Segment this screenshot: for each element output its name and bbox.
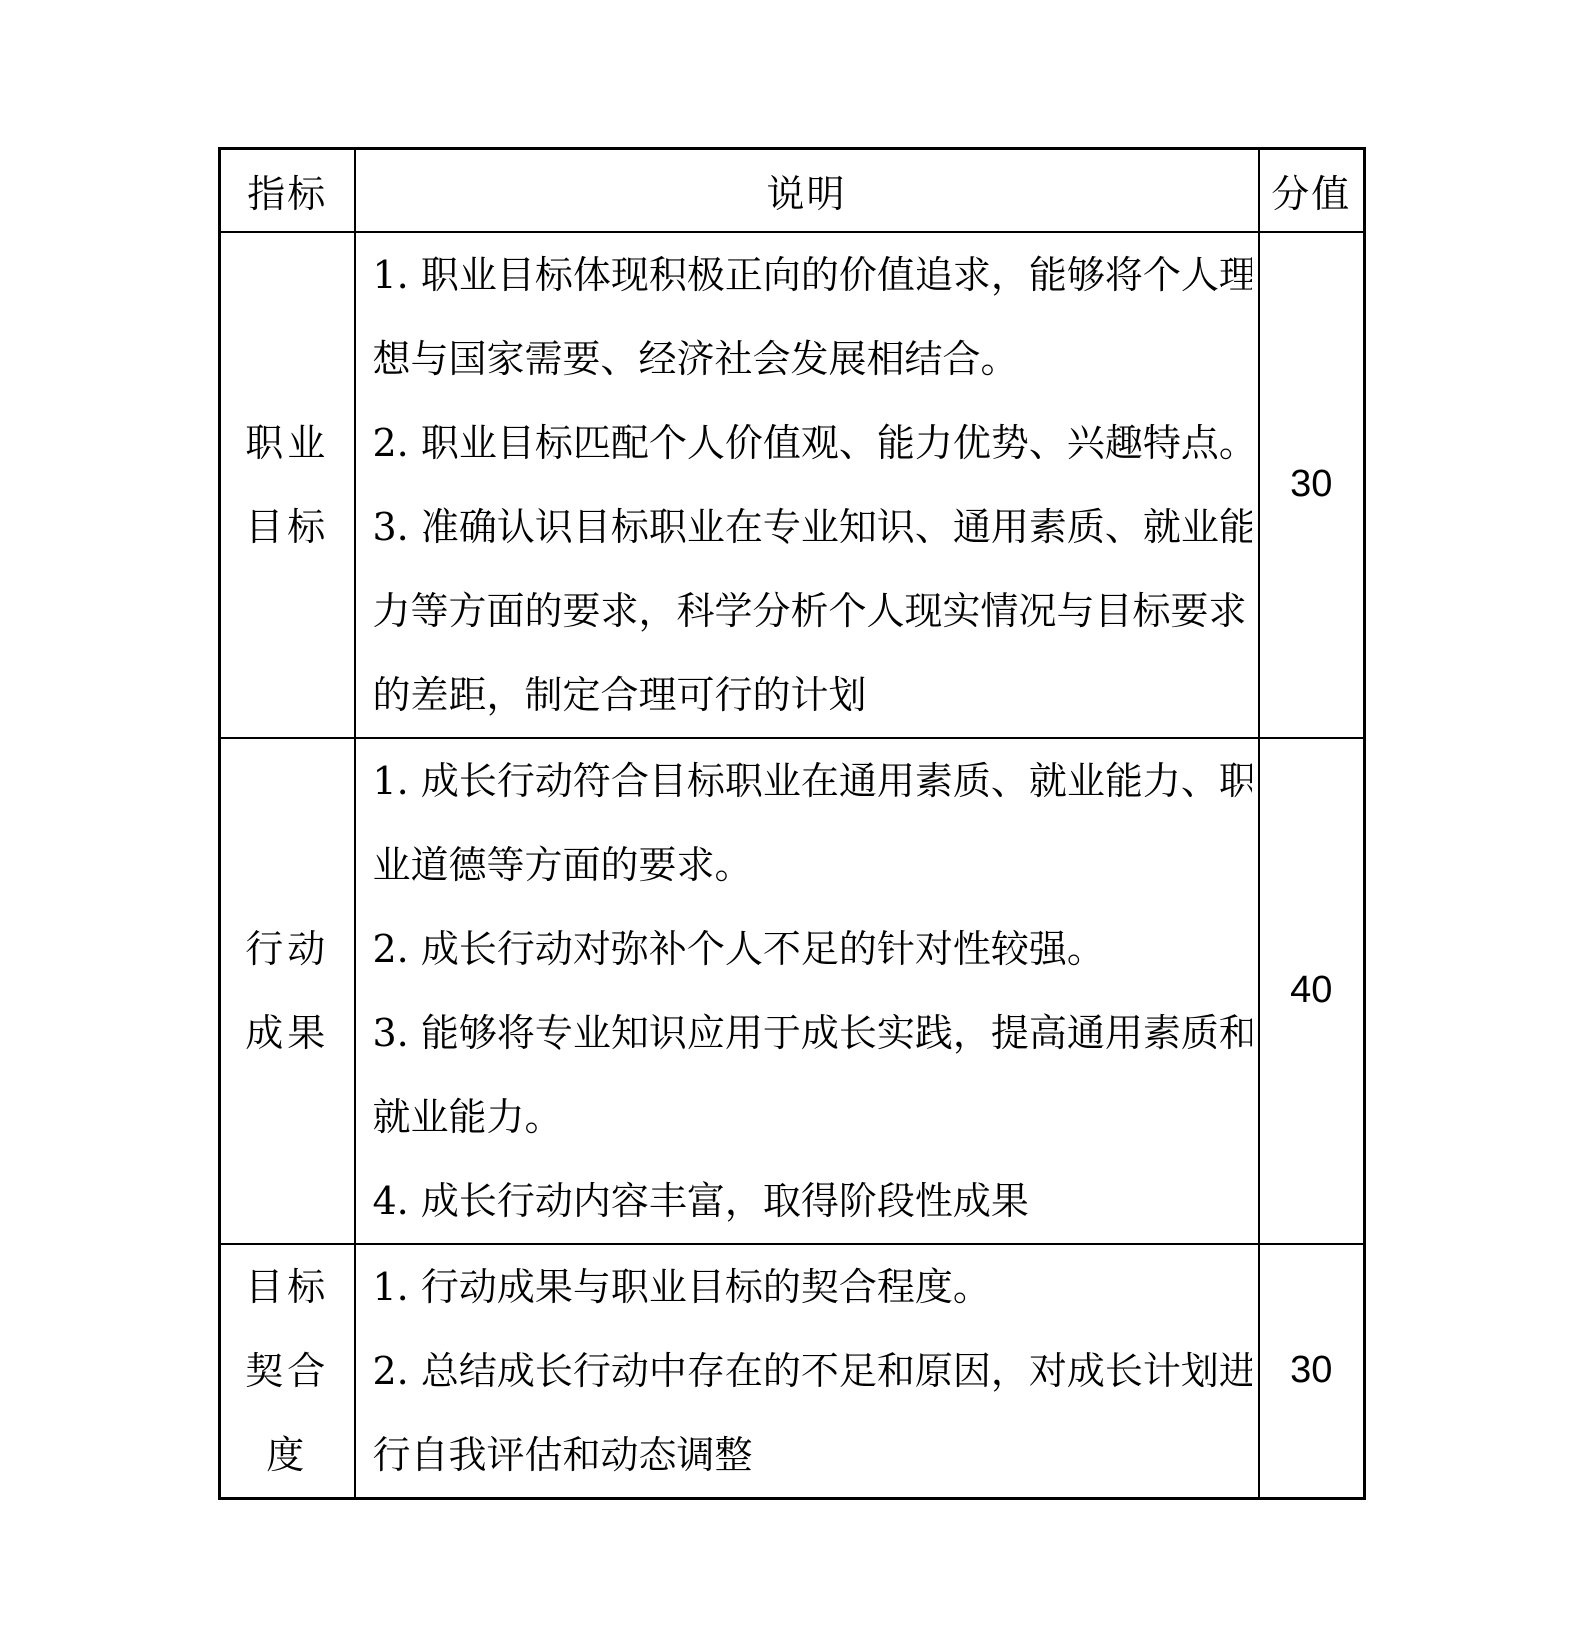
score-action-results: 40 [1259, 738, 1365, 1244]
description-line: 3. 能够将专业知识应用于成长实践，提高通用素质和 [373, 991, 1252, 1075]
indicator-career-goal: 职业 目标 [220, 232, 355, 738]
table-header-row: 指标 说明 分值 [220, 149, 1365, 232]
description-line: 1. 成长行动符合目标职业在通用素质、就业能力、职 [373, 739, 1252, 823]
description-line: 想与国家需要、经济社会发展相结合。 [373, 317, 1252, 401]
score-goal-fit: 30 [1259, 1244, 1365, 1499]
header-indicator: 指标 [220, 149, 355, 232]
table-row-career-goal: 职业 目标 1. 职业目标体现积极正向的价值追求，能够将个人理 想与国家需要、经… [220, 232, 1365, 738]
description-line: 2. 职业目标匹配个人价值观、能力优势、兴趣特点。 [373, 401, 1252, 485]
description-line: 1. 行动成果与职业目标的契合程度。 [373, 1245, 1252, 1329]
table-row-action-results: 行动 成果 1. 成长行动符合目标职业在通用素质、就业能力、职 业道德等方面的要… [220, 738, 1365, 1244]
description-line: 的差距，制定合理可行的计划 [373, 653, 1252, 737]
header-score: 分值 [1259, 149, 1365, 232]
document-page: 指标 说明 分值 职业 目标 1. 职业目标体现积极正向的价值追求，能够将个人理… [0, 0, 1587, 1634]
header-description: 说明 [355, 149, 1259, 232]
indicator-line: 行动 [221, 907, 354, 991]
description-career-goal: 1. 职业目标体现积极正向的价值追求，能够将个人理 想与国家需要、经济社会发展相… [355, 232, 1259, 738]
description-line: 业道德等方面的要求。 [373, 823, 1252, 907]
description-goal-fit: 1. 行动成果与职业目标的契合程度。 2. 总结成长行动中存在的不足和原因，对成… [355, 1244, 1259, 1499]
indicator-line: 目标 [221, 485, 354, 569]
description-line: 行自我评估和动态调整 [373, 1413, 1252, 1497]
rubric-table: 指标 说明 分值 职业 目标 1. 职业目标体现积极正向的价值追求，能够将个人理… [218, 147, 1366, 1500]
indicator-line: 度 [221, 1413, 354, 1497]
indicator-line: 目标 [221, 1245, 354, 1329]
description-line: 3. 准确认识目标职业在专业知识、通用素质、就业能 [373, 485, 1252, 569]
description-line: 2. 总结成长行动中存在的不足和原因，对成长计划进 [373, 1329, 1252, 1413]
description-action-results: 1. 成长行动符合目标职业在通用素质、就业能力、职 业道德等方面的要求。 2. … [355, 738, 1259, 1244]
description-line: 2. 成长行动对弥补个人不足的针对性较强。 [373, 907, 1252, 991]
indicator-line: 成果 [221, 991, 354, 1075]
description-line: 力等方面的要求，科学分析个人现实情况与目标要求 [373, 569, 1252, 653]
indicator-goal-fit: 目标 契合 度 [220, 1244, 355, 1499]
description-line: 就业能力。 [373, 1075, 1252, 1159]
score-career-goal: 30 [1259, 232, 1365, 738]
description-line: 4. 成长行动内容丰富，取得阶段性成果 [373, 1159, 1252, 1243]
description-line: 1. 职业目标体现积极正向的价值追求，能够将个人理 [373, 233, 1252, 317]
indicator-line: 契合 [221, 1329, 354, 1413]
indicator-line: 职业 [221, 401, 354, 485]
indicator-action-results: 行动 成果 [220, 738, 355, 1244]
table-row-goal-fit: 目标 契合 度 1. 行动成果与职业目标的契合程度。 2. 总结成长行动中存在的… [220, 1244, 1365, 1499]
